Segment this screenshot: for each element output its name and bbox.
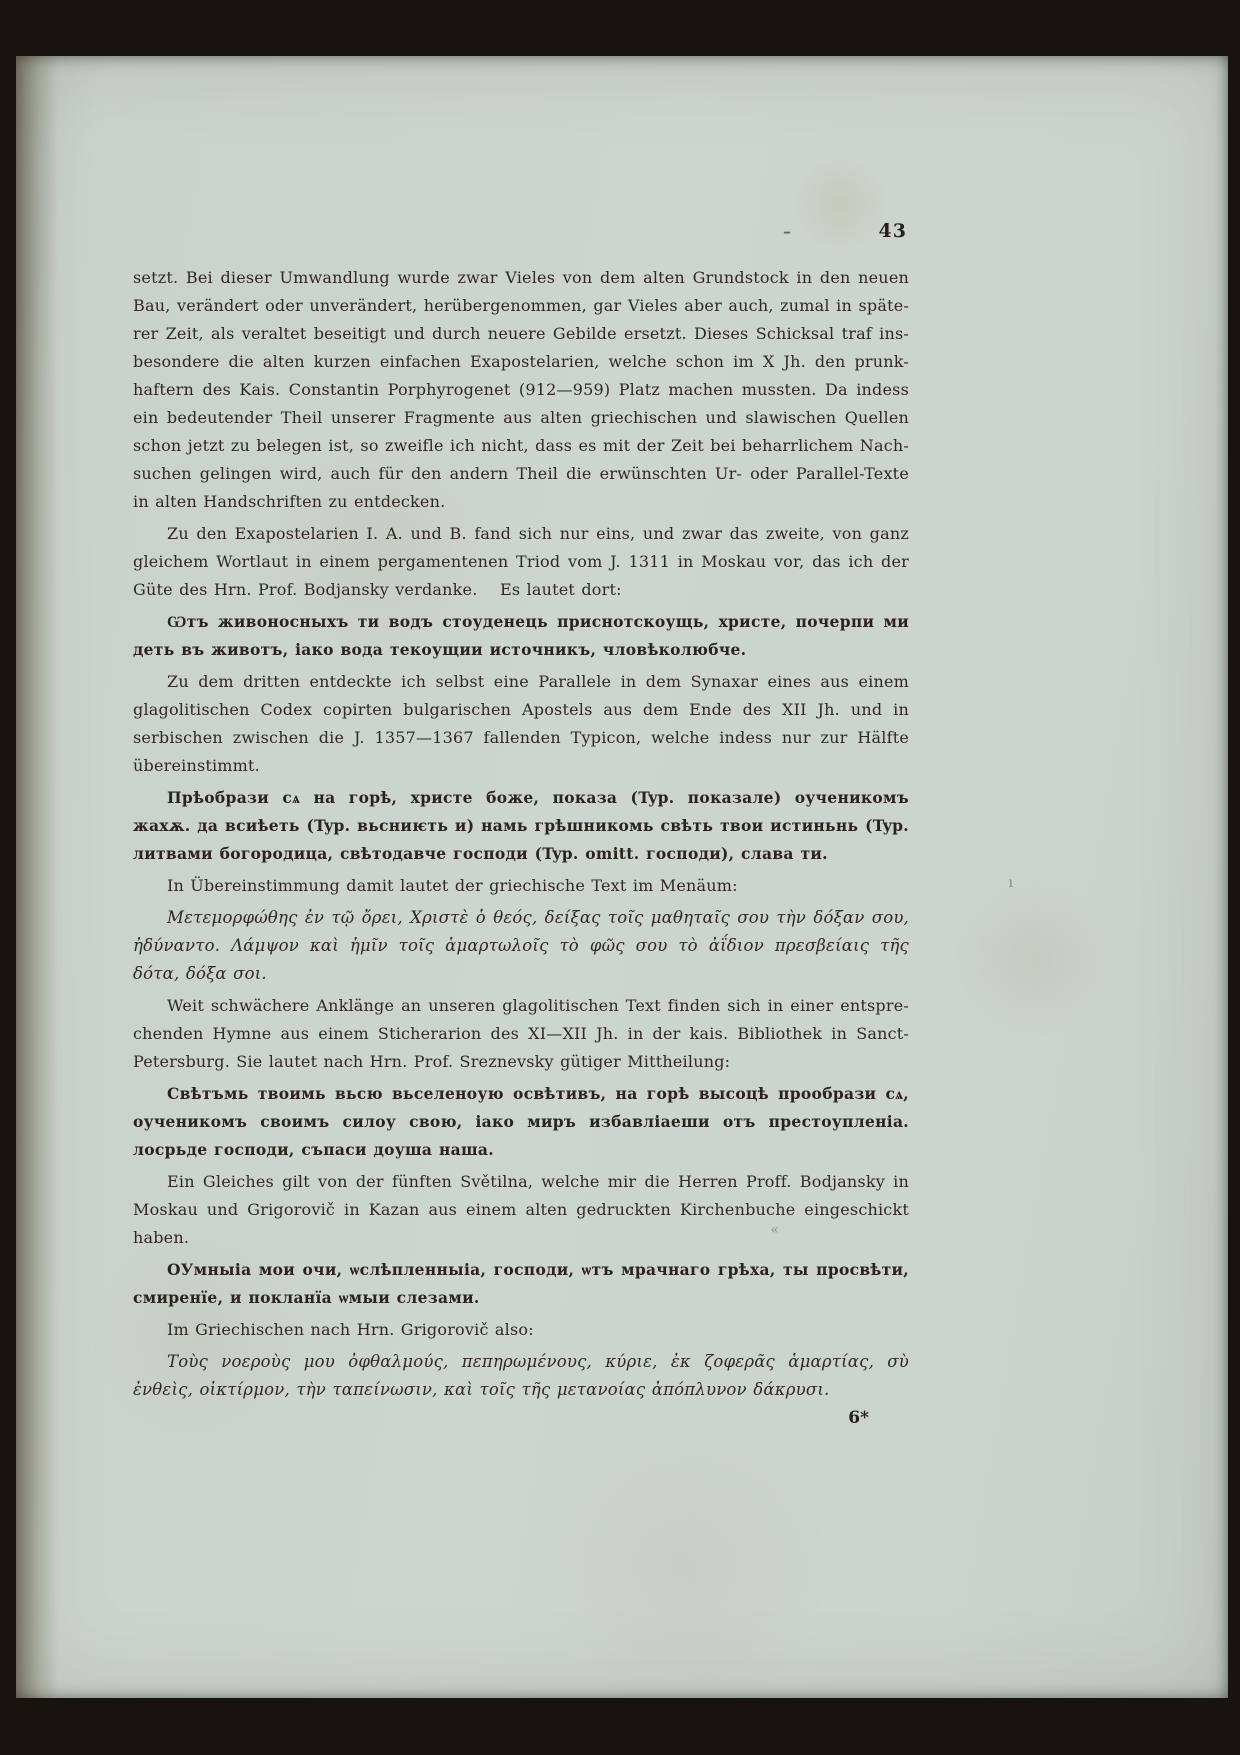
slavonic-quote-2: Прѣобрази сѧ на горѣ, христе боже, показ…: [133, 784, 909, 868]
greek-quote-1: Μετεμορφώθης ἐν τῷ ὄρει, Χριστὲ ὁ θεός, …: [133, 904, 909, 988]
scan-artifact-bottom-right: «: [770, 1222, 779, 1238]
text-line: haftern des Kais. Constantin Porphyrogen…: [133, 376, 909, 404]
page-body: setzt. Bei dieser Umwandlung wurde zwar …: [133, 264, 909, 1428]
text-line: besondere die alten kurzen einfachen Exa…: [133, 348, 909, 376]
page-header: – 43 ı: [133, 220, 909, 246]
german-paragraph-7: Im Griechischen nach Hrn. Grigorovič als…: [133, 1316, 909, 1344]
text-line: Ein Gleiches gilt von der fünften Světil…: [133, 1168, 909, 1196]
text-line: Zu dem dritten entdeckte ich selbst eine…: [133, 668, 909, 696]
book-page: – 43 ı setzt. Bei dieser Umwandlung wurd…: [16, 56, 1228, 1698]
text-line: schon jetzt zu belegen ist, so zweifle i…: [133, 432, 909, 460]
german-paragraph-5: Weit schwächere Anklänge an unseren glag…: [133, 992, 909, 1076]
text-line: смиренїе, и покланїа ѡмыи слезами.: [133, 1284, 909, 1312]
text-line: δότα, δόξα σοι.: [133, 960, 909, 988]
text-line: übereinstimmt.: [133, 752, 909, 780]
text-line: glagolitischen Codex copirten bulgarisch…: [133, 696, 909, 724]
german-paragraph-1: setzt. Bei dieser Umwandlung wurde zwar …: [133, 264, 909, 516]
german-paragraph-6: Ein Gleiches gilt von der fünften Světil…: [133, 1168, 909, 1252]
text-line: жахѫ. да всиѣеть (Typ. вьсниѥть и) намь …: [133, 812, 909, 840]
text-line: ОУмныіа мои очи, ѡслѣпленныіа, господи, …: [133, 1256, 909, 1284]
german-paragraph-2: Zu den Exapostelarien I. A. und B. fand …: [133, 520, 909, 604]
text-line: rer Zeit, als veraltet beseitigt und dur…: [133, 320, 909, 348]
text-line: suchen gelingen wird, auch für den ander…: [133, 460, 909, 488]
text-line: chenden Hymne aus einem Sticherarion des…: [133, 1020, 909, 1048]
text-line: Zu den Exapostelarien I. A. und B. fand …: [133, 520, 909, 548]
slavonic-quote-1: Ѡтъ живоносныхъ ти водъ стоуденець присн…: [133, 608, 909, 664]
greek-quote-2: Τοὺς νοεροὺς μου ὀφθαλμούς, πεπηρωμένους…: [133, 1348, 909, 1404]
text-line: лосрьде господи, съпаси доуша наша.: [133, 1136, 909, 1164]
text-line: In Übereinstimmung damit lautet der grie…: [133, 872, 909, 900]
slavonic-quote-3: Свѣтъмь твоимь вьсю вьселеноую освѣтивъ,…: [133, 1080, 909, 1164]
text-line: Μετεμορφώθης ἐν τῷ ὄρει, Χριστὲ ὁ θεός, …: [133, 904, 909, 932]
text-line: Petersburg. Sie lautet nach Hrn. Prof. S…: [133, 1048, 909, 1076]
stray-pen-dash: –: [783, 222, 791, 241]
text-line: Weit schwächere Anklänge an unseren glag…: [133, 992, 909, 1020]
text-line: ἠδύναντο. Λάμψον καὶ ἡμῖν τοῖς ἁμαρτωλοῖ…: [133, 932, 909, 960]
text-line: in alten Handschriften zu entdecken.: [133, 488, 909, 516]
text-line: Свѣтъмь твоимь вьсю вьселеноую освѣтивъ,…: [133, 1080, 909, 1108]
slavonic-quote-4: ОУмныіа мои очи, ѡслѣпленныіа, господи, …: [133, 1256, 909, 1312]
german-paragraph-3: Zu dem dritten entdeckte ich selbst eine…: [133, 668, 909, 780]
text-line: serbischen zwischen die J. 1357—1367 fal…: [133, 724, 909, 752]
page-number: 43: [879, 220, 907, 242]
text-column: – 43 ı setzt. Bei dieser Umwandlung wurd…: [133, 220, 909, 1428]
text-line: setzt. Bei dieser Umwandlung wurde zwar …: [133, 264, 909, 292]
gutter-shadow: [16, 56, 58, 1698]
text-line: Im Griechischen nach Hrn. Grigorovič als…: [133, 1316, 909, 1344]
german-paragraph-4: In Übereinstimmung damit lautet der grie…: [133, 872, 909, 900]
text-line: ein bedeutender Theil unserer Fragmente …: [133, 404, 909, 432]
sheet-signature: 6*: [133, 1408, 909, 1428]
text-line: литвами богородица, свѣтодавче господи (…: [133, 840, 909, 868]
text-line: Bau, verändert oder unverändert, herüber…: [133, 292, 909, 320]
text-line: gleichem Wortlaut in einem pergamentenen…: [133, 548, 909, 576]
text-line: Moskau und Grigorovič in Kazan aus einem…: [133, 1196, 909, 1224]
text-line: Прѣобрази сѧ на горѣ, христе боже, показ…: [133, 784, 909, 812]
text-line: деть въ животъ, іако вода текоущии источ…: [133, 636, 909, 664]
text-line: Τοὺς νοεροὺς μου ὀφθαλμούς, πεπηρωμένους…: [133, 1348, 909, 1376]
text-line: Güte des Hrn. Prof. Bodjansky verdanke. …: [133, 576, 909, 604]
text-line: haben.: [133, 1224, 909, 1252]
text-line: оученикомъ своимъ силоу свою, іако миръ …: [133, 1108, 909, 1136]
text-line: Ѡтъ живоносныхъ ти водъ стоуденець присн…: [133, 608, 909, 636]
text-line: ἐνθεὶς, οἰκτίρμον, τὴν ταπείνωσιν, καὶ τ…: [133, 1376, 909, 1404]
scan-artifact-right-edge: ı: [1009, 875, 1013, 891]
